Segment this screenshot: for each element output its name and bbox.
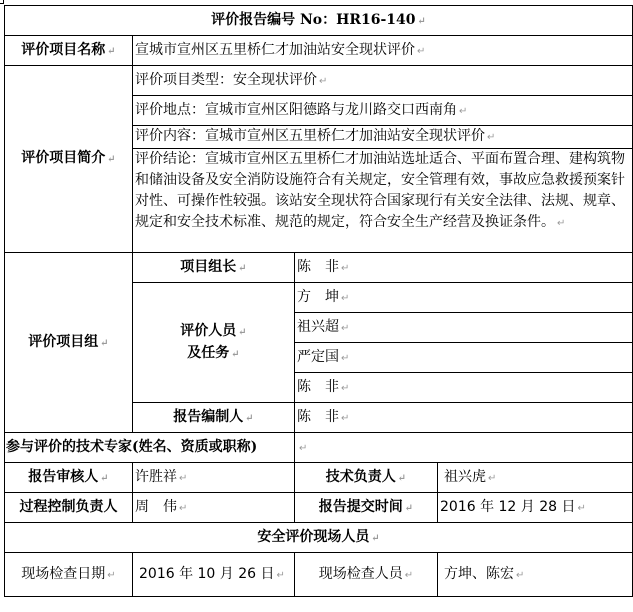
report-number-value: HR16-140 [336,12,415,28]
team-leader-value-cell: 陈 非↵ [295,253,633,283]
paragraph-mark-icon: ↵ [398,473,406,484]
submit-time-value: 2016 年 12 月 28 日 [440,499,576,515]
process-control-value: 周 伟 [135,499,177,515]
report-number-label: 评价报告编号 No： [211,12,336,28]
paragraph-mark-icon: ↵ [319,76,327,87]
team-member-name: 严定国 [297,349,339,365]
team-leader-label: 项目组长 [180,259,236,275]
paragraph-mark-icon: ↵ [100,473,108,484]
report-compiler-label-cell: 报告编制人↵ [133,403,295,433]
summary-location-text: 评价地点：宣城市宣州区阳德路与龙川路交口西南角 [135,102,457,118]
paragraph-mark-icon: ↵ [341,383,349,394]
paragraph-mark-icon: ↵ [107,46,115,57]
onsite-date-value-cell: 2016 年 10 月 26 日↵ [133,553,295,597]
project-name-value-cell: 宣城市宣州区五里桥仁才加油站安全现状评价↵ [133,36,633,66]
reviewer-value-cell: 许胜祥↵ [133,463,295,493]
project-name-label: 评价项目名称 [21,42,105,58]
team-member-name: 陈 非 [297,379,339,395]
project-name-label-cell: 评价项目名称↵ [5,36,133,66]
paragraph-mark-icon: ↵ [341,263,349,274]
team-leader-value: 陈 非 [297,259,339,275]
paragraph-mark-icon: ↵ [341,323,349,334]
onsite-date-value: 2016 年 10 月 26 日 [139,566,275,582]
summary-conclusion-text: 评价结论：宣城市宣州区五里桥仁才加油站选址适合、平面布置合理、建构筑物和储油设备… [135,151,625,230]
summary-type-row: 评价项目简介↵ 评价项目类型：安全现状评价↵ [5,66,633,96]
onsite-date-label: 现场检查日期 [21,566,105,582]
paragraph-mark-icon: ↵ [557,218,565,229]
reviewer-label-cell: 报告审核人↵ [5,463,133,493]
team-leader-row: 评价项目组↵ 项目组长↵ 陈 非↵ [5,253,633,283]
project-name-row: 评价项目名称↵ 宣城市宣州区五里桥仁才加油站安全现状评价↵ [5,36,633,66]
report-number-row: 评价报告编号 No：HR16-140↵ [5,6,633,36]
process-control-label: 过程控制负责人 [20,499,118,515]
team-member-cell: 方 坤↵ [295,283,633,313]
paragraph-mark-icon: ↵ [487,132,495,143]
tech-lead-value-cell: 祖兴虎↵ [438,463,633,493]
summary-content-text: 评价内容：宣城市宣州区五里桥仁才加油站安全现状评价 [135,128,485,144]
paragraph-mark-icon: ↵ [459,106,467,117]
paragraph-mark-icon: ↵ [418,16,426,27]
project-summary-label: 评价项目简介 [21,150,105,166]
submit-time-label: 报告提交时间 [319,499,403,515]
report-compiler-value: 陈 非 [297,409,339,425]
paragraph-mark-icon: ↵ [417,46,425,57]
summary-type-cell: 评价项目类型：安全现状评价↵ [133,66,633,96]
tech-lead-label: 技术负责人 [326,469,396,485]
paragraph-mark-icon: ↵ [277,570,285,581]
report-number-cell: 评价报告编号 No：HR16-140↵ [5,6,633,36]
report-compiler-value-cell: 陈 非↵ [295,403,633,433]
team-members-label-cell: 评价人员↵ 及任务↵ [133,283,295,403]
tech-lead-value: 祖兴虎 [444,469,486,485]
summary-conclusion-cell: 评价结论：宣城市宣州区五里桥仁才加油站选址适合、平面布置合理、建构筑物和储油设备… [133,149,633,253]
paragraph-mark-icon: ↵ [231,349,239,360]
onsite-staff-value: 方坤、陈宏 [444,566,514,582]
team-member-name: 方 坤 [297,289,339,305]
reviewer-row: 报告审核人↵ 许胜祥↵ 技术负责人↵ 祖兴虎↵ [5,463,633,493]
paragraph-mark-icon: ↵ [578,503,586,514]
paragraph-mark-icon: ↵ [341,353,349,364]
paragraph-mark-icon: ↵ [238,327,246,338]
paragraph-mark-icon: ↵ [179,503,187,514]
project-summary-label-cell: 评价项目简介↵ [5,66,133,253]
experts-value-cell: ↵ [295,433,633,463]
paragraph-mark-icon: ↵ [488,473,496,484]
experts-label-cell: 参与评价的技术专家(姓名、资质或职称) [5,433,295,463]
experts-label: 参与评价的技术专家(姓名、资质或职称) [6,439,257,455]
paragraph-mark-icon: ↵ [341,293,349,304]
process-control-value-cell: 周 伟↵ [133,493,295,523]
team-member-cell: 祖兴超↵ [295,313,633,343]
project-name-value: 宣城市宣州区五里桥仁才加油站安全现状评价 [135,42,415,58]
onsite-date-label-cell: 现场检查日期↵ [5,553,133,597]
team-member-cell: 陈 非↵ [295,373,633,403]
team-member-name: 祖兴超 [297,319,339,335]
onsite-staff-label-cell: 现场检查人员↵ [295,553,438,597]
summary-content-cell: 评价内容：宣城市宣州区五里桥仁才加油站安全现状评价↵ [133,126,633,149]
experts-row: 参与评价的技术专家(姓名、资质或职称) ↵ [5,433,633,463]
paragraph-mark-icon: ↵ [405,503,413,514]
submit-time-value-cell: 2016 年 12 月 28 日↵ [438,493,633,523]
paragraph-mark-icon: ↵ [405,570,413,581]
evaluation-report-table: 评价报告编号 No：HR16-140↵ 评价项目名称↵ 宣城市宣州区五里桥仁才加… [4,5,633,597]
paragraph-mark-icon: ↵ [238,263,246,274]
team-members-label-line2: 及任务 [187,345,229,361]
onsite-staff-value-cell: 方坤、陈宏↵ [438,553,633,597]
paragraph-mark-icon: ↵ [341,413,349,424]
paragraph-mark-icon: ↵ [107,570,115,581]
process-control-label-cell: 过程控制负责人 [5,493,133,523]
team-member-cell: 严定国↵ [295,343,633,373]
paragraph-mark-icon: ↵ [100,338,108,349]
paragraph-mark-icon: ↵ [299,443,307,454]
paragraph-mark-icon: ↵ [107,154,115,165]
summary-type-text: 评价项目类型：安全现状评价 [135,72,317,88]
tech-lead-label-cell: 技术负责人↵ [295,463,438,493]
paragraph-mark-icon: ↵ [245,413,253,424]
onsite-details-row: 现场检查日期↵ 2016 年 10 月 26 日↵ 现场检查人员↵ 方坤、陈宏↵ [5,553,633,597]
team-members-label-line1: 评价人员 [180,323,236,339]
page-corner-mark [0,0,4,4]
summary-location-cell: 评价地点：宣城市宣州区阳德路与龙川路交口西南角↵ [133,96,633,126]
process-control-row: 过程控制负责人 周 伟↵ 报告提交时间↵ 2016 年 12 月 28 日↵ [5,493,633,523]
paragraph-mark-icon: ↵ [179,473,187,484]
reviewer-value: 许胜祥 [135,469,177,485]
project-team-label: 评价项目组 [28,334,98,350]
paragraph-mark-icon: ↵ [371,533,379,544]
team-leader-label-cell: 项目组长↵ [133,253,295,283]
onsite-title: 安全评价现场人员 [257,529,369,545]
paragraph-mark-icon: ↵ [516,570,524,581]
onsite-title-cell: 安全评价现场人员↵ [5,523,633,553]
onsite-title-row: 安全评价现场人员↵ [5,523,633,553]
report-compiler-label: 报告编制人 [173,409,243,425]
submit-time-label-cell: 报告提交时间↵ [295,493,438,523]
reviewer-label: 报告审核人 [28,469,98,485]
onsite-staff-label: 现场检查人员 [319,566,403,582]
project-team-label-cell: 评价项目组↵ [5,253,133,433]
